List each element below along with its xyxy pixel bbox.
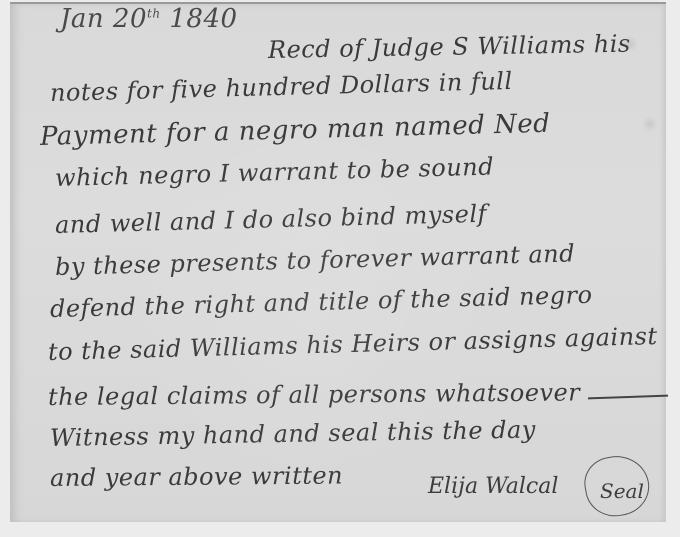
text-line-5: and well and I do also bind myself [55, 200, 488, 239]
text-line-3: Payment for a negro man named Ned [40, 109, 551, 152]
date-suffix: th [147, 6, 161, 20]
text-line-4: which negro I warrant to be sound [55, 153, 495, 192]
signature: Elija Walcal [428, 474, 558, 499]
line-end-dash [588, 395, 668, 400]
text-line-7: defend the right and title of the said n… [50, 281, 593, 323]
text-line-1: Recd of Judge S Williams his [268, 30, 631, 64]
text-line-11: and year above written [50, 461, 343, 492]
text-line-9: the legal claims of all persons whatsoev… [48, 378, 580, 411]
date-day: Jan 20 [60, 4, 147, 34]
text-line-6: by these presents to forever warrant and [55, 239, 576, 281]
date-year: 1840 [169, 4, 237, 34]
document-paper: Jan 20th 1840 Recd of Judge S Williams h… [10, 2, 666, 522]
date-line: Jan 20th 1840 [60, 4, 238, 34]
text-line-10: Witness my hand and seal this the day [50, 416, 536, 452]
seal-label: Seal [600, 479, 644, 503]
text-line-8: to the said Williams his Heirs or assign… [48, 322, 658, 366]
text-line-2: notes for five hundred Dollars in full [50, 67, 513, 107]
